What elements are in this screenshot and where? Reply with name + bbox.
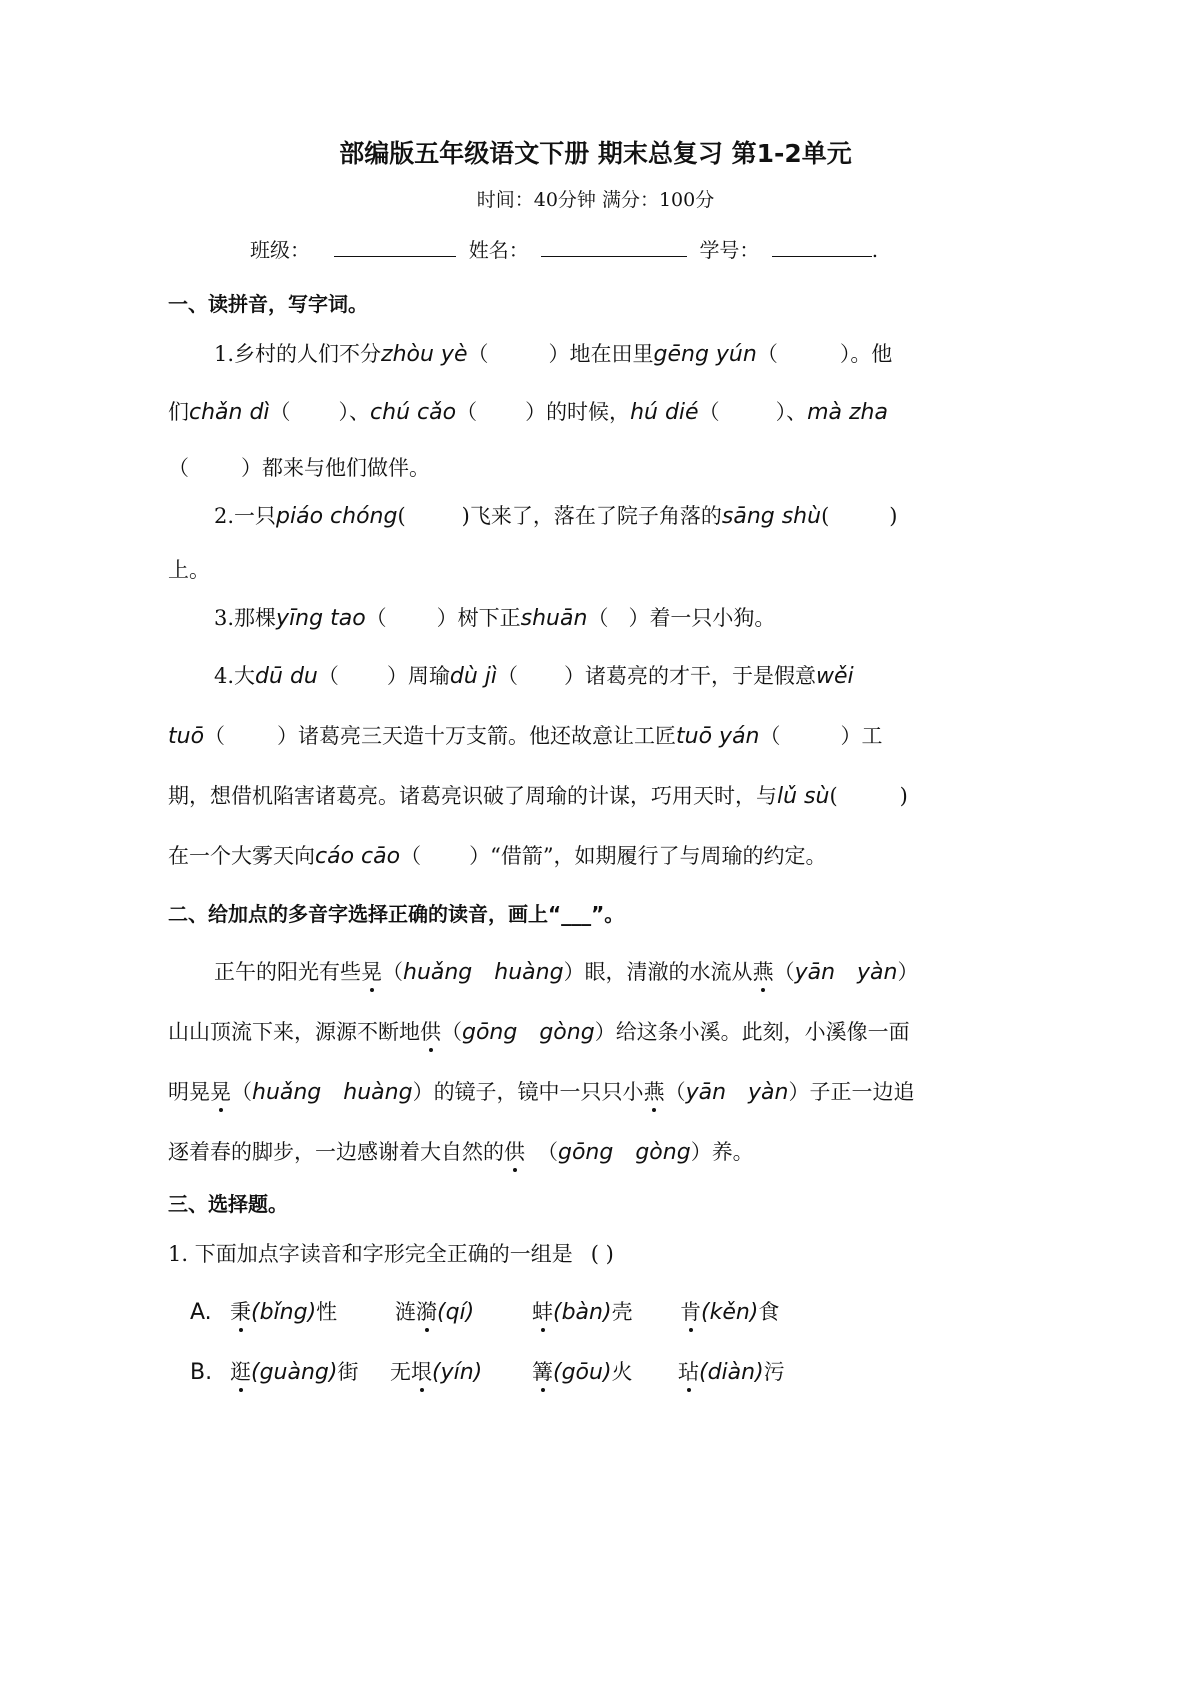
name-field[interactable] [541, 238, 687, 257]
dotted-char: 晃 [361, 958, 382, 986]
reading-option[interactable]: yān [795, 960, 835, 985]
exam-info: 时间：40分钟 满分：100分 [0, 186, 1191, 214]
q2-line-1: 2.一只piáo chóng()飞来了，落在了院子角落的sāng shù() [214, 502, 897, 531]
reading-option[interactable]: gōng [462, 1020, 517, 1045]
student-id-label: 学号： [699, 238, 759, 262]
q4-line-4: 在一个大雾天向cáo cāo（）“借箭”，如期履行了与周瑜的约定。 [168, 842, 827, 871]
section-3-heading: 三、选择题。 [168, 1190, 288, 1218]
q4-line-2: tuō（）诸葛亮三天造十万支箭。他还故意让工匠tuō yán（）工 [168, 722, 883, 751]
reading-option[interactable]: gòng [635, 1140, 690, 1165]
reading-option[interactable]: yàn [857, 960, 897, 985]
answer-paren[interactable]: ( ) [591, 1242, 614, 1266]
reading-option[interactable]: yān [686, 1080, 726, 1105]
passage-line-4: 逐着春的脚步，一边感谢着大自然的供（gōnggòng）养。 [168, 1138, 754, 1167]
class-label: 班级： [250, 238, 310, 262]
q4-line-1: 4.大dū du（）周瑜dù jì（）诸葛亮的才干，于是假意wěi [214, 662, 854, 691]
q4-line-3: 期，想借机陷害诸葛亮。诸葛亮识破了周瑜的计谋，巧用天时，与lǔ sù() [168, 782, 908, 811]
page-title: 部编版五年级语文下册 期末总复习 第1-2单元 [0, 140, 1191, 168]
name-label: 姓名： [469, 238, 529, 262]
pinyin: zhòu yè [381, 342, 467, 367]
passage-line-3: 明晃晃（huǎnghuàng）的镜子，镜中一只只小燕（yānyàn）子正一边追 [168, 1078, 914, 1107]
q1-line-2: 们chǎn dì（）、chú cǎo（）的时候，hú dié（）、mà zha [168, 398, 888, 427]
q2-line-2: 上。 [168, 556, 210, 584]
option-b[interactable]: B. 逛(guàng)街 无垠(yín) 篝(gōu)火 玷(diàn)污 [190, 1358, 212, 1387]
reading-option[interactable]: yàn [748, 1080, 788, 1105]
student-id-field[interactable] [772, 238, 872, 257]
q1-line-1: 1.乡村的人们不分zhòu yè（）地在田里gēng yún（）。他 [214, 340, 892, 369]
reading-option[interactable]: huǎng [403, 960, 472, 985]
option-a[interactable]: A. 秉(bǐng)性 涟漪(qí) 蚌(bàn)壳 肯(kěn)食 [190, 1298, 212, 1327]
reading-option[interactable]: gòng [539, 1020, 594, 1045]
q1-line-3: （）都来与他们做伴。 [168, 454, 430, 482]
reading-option[interactable]: huàng [343, 1080, 412, 1105]
class-field[interactable] [334, 238, 456, 257]
q3-line: 3.那棵yīng tao（）树下正shuān（）着一只小狗。 [214, 604, 775, 633]
section-2-heading: 二、给加点的多音字选择正确的读音，画上“___”。 [168, 900, 624, 928]
reading-option[interactable]: gōng [558, 1140, 613, 1165]
passage-line-2: 山山顶流下来，源源不断地供（gōnggòng）给这条小溪。此刻，小溪像一面 [168, 1018, 910, 1047]
mc-question-1: 1. 下面加点字读音和字形完全正确的一组是( ) [168, 1240, 614, 1268]
student-info-row: 班级： 姓名： 学号： . [250, 236, 878, 264]
reading-option[interactable]: huàng [494, 960, 563, 985]
reading-option[interactable]: huǎng [252, 1080, 321, 1105]
passage-line-1: 正午的阳光有些晃（huǎnghuàng）眼，清澈的水流从燕（yānyàn） [214, 958, 918, 987]
section-1-heading: 一、读拼音，写字词。 [168, 290, 368, 318]
